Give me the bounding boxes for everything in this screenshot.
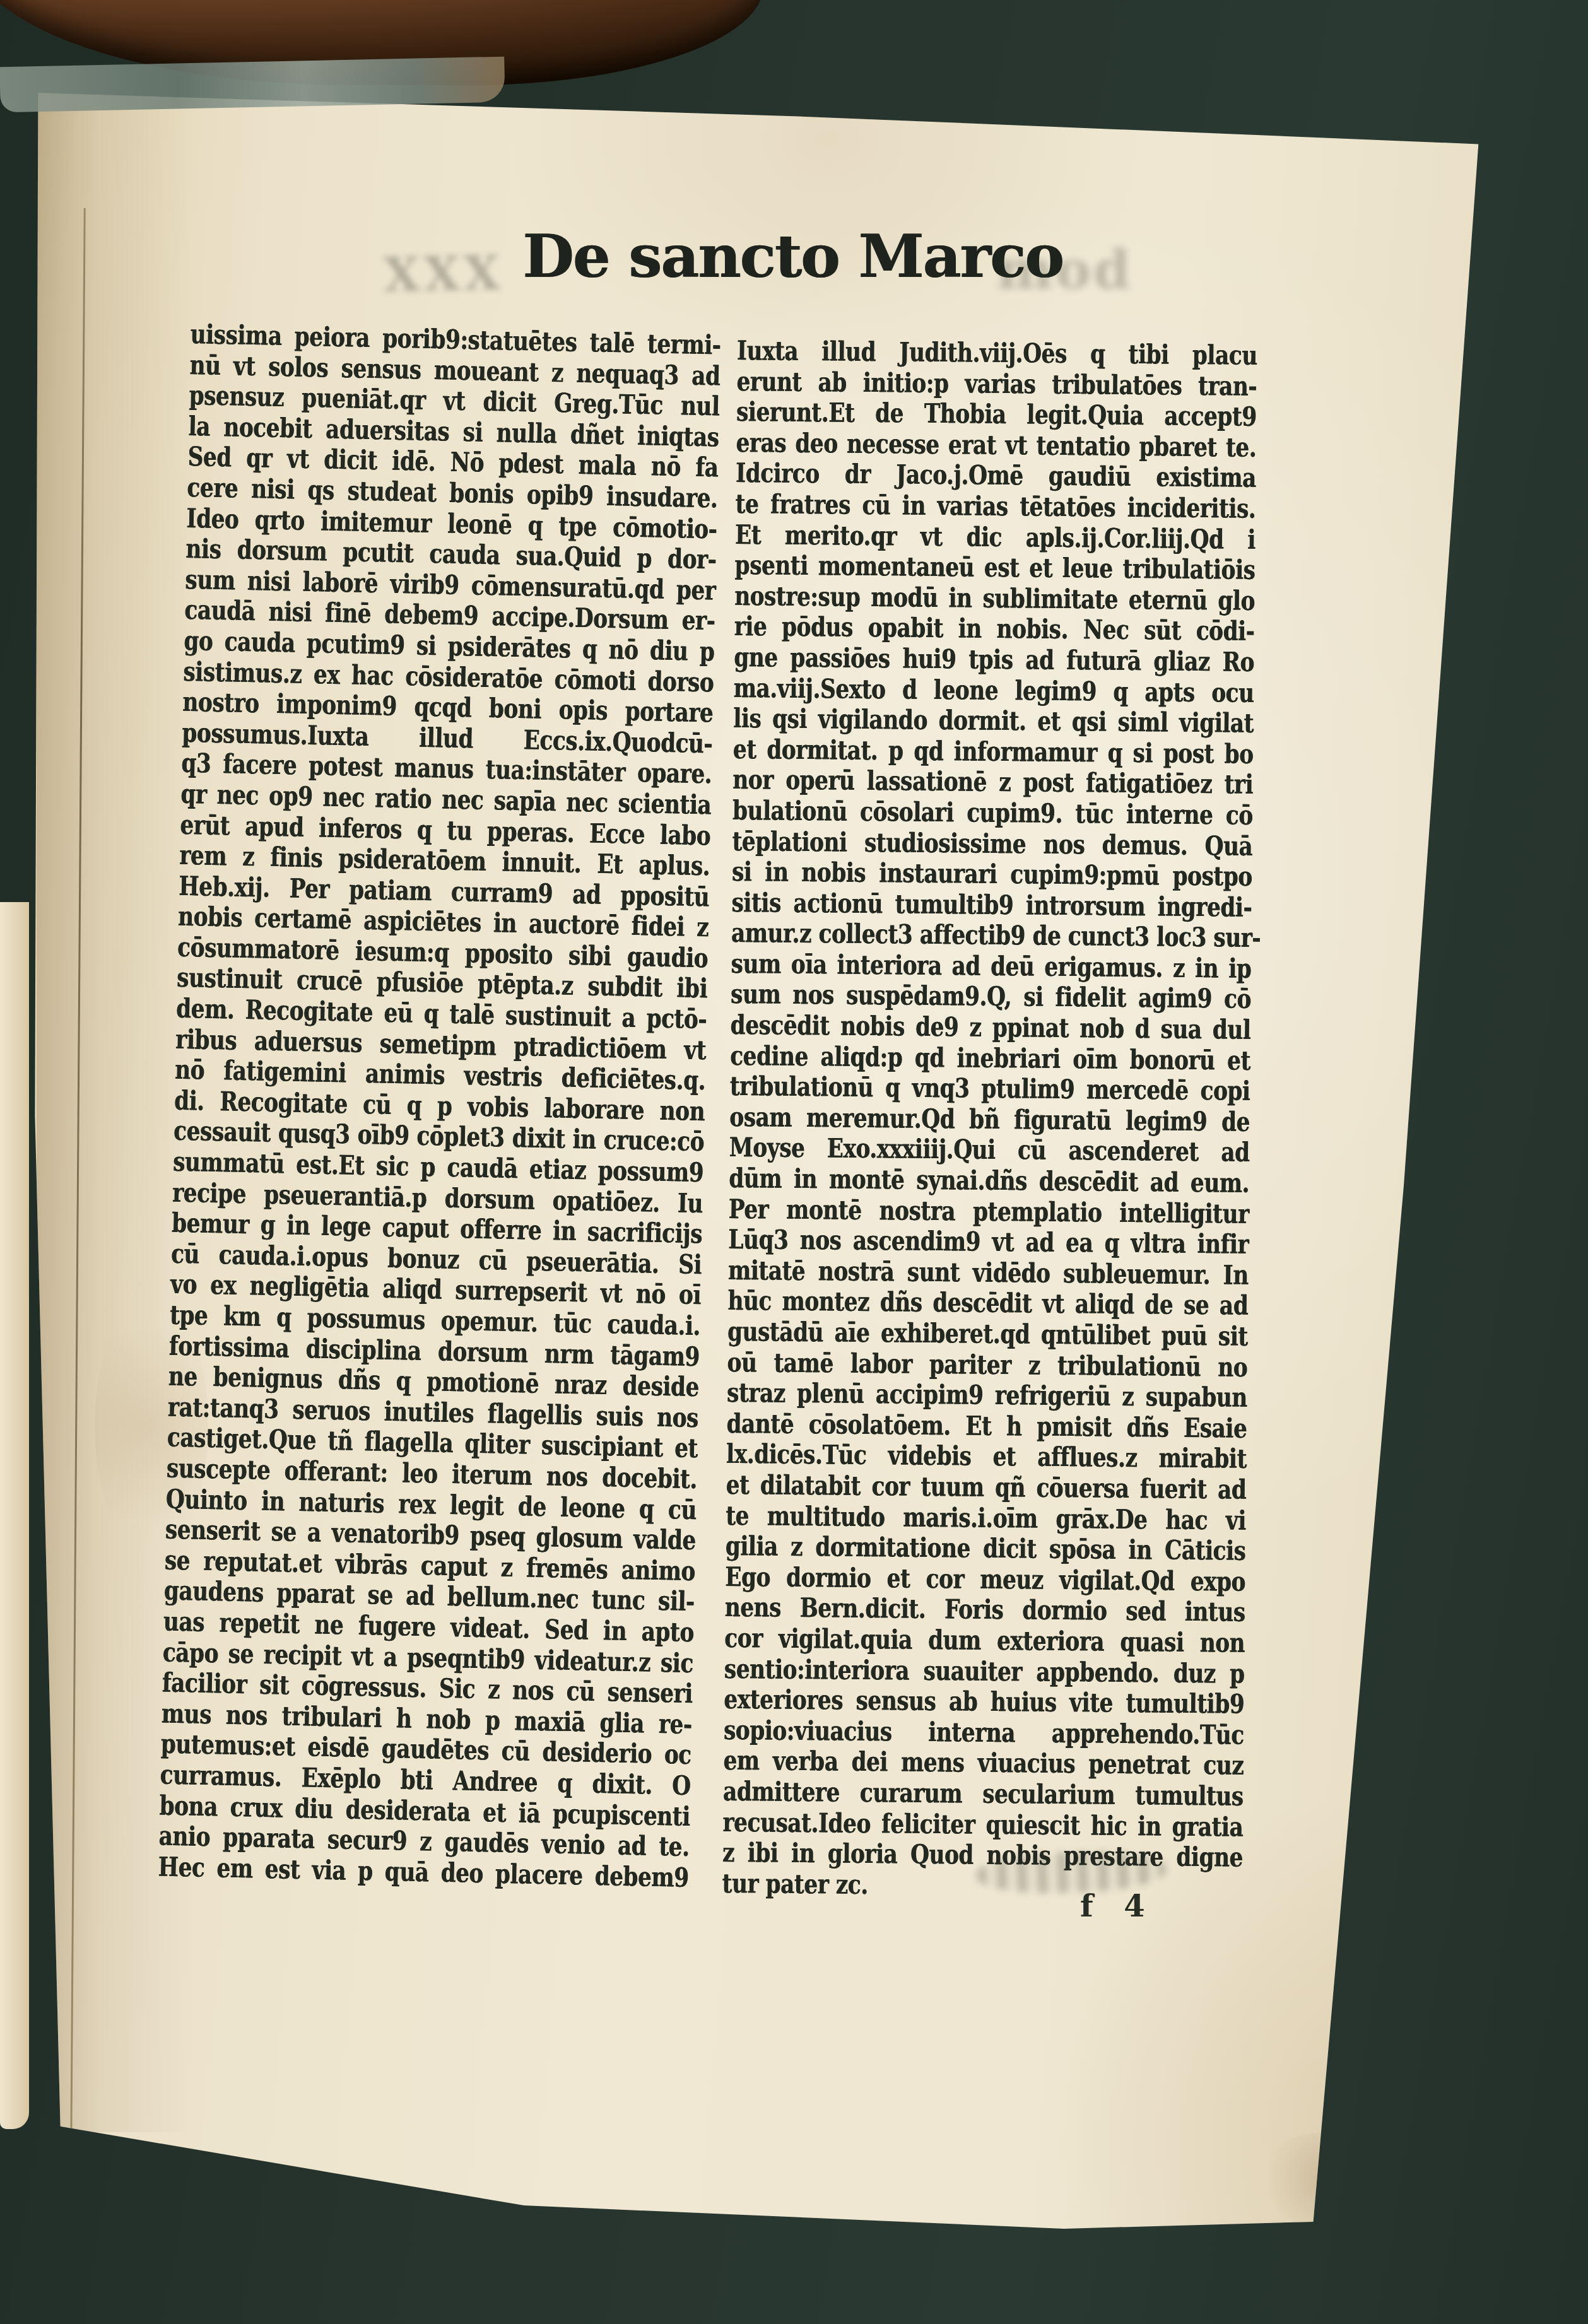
ink-offset-ghost-left: XXX — [383, 246, 504, 302]
ink-offset-ghost-right: mod — [997, 238, 1133, 301]
text-column-right: Iuxta illud Judith.viij.Oēs q tibi placu… — [722, 336, 1375, 1905]
book-page: XXX De sancto Marco mod uissima peiora p… — [0, 0, 1588, 2324]
underlying-page-edge — [0, 902, 29, 2129]
paper-stain — [1256, 2132, 1401, 2227]
paper-stain — [1502, 713, 1577, 782]
photographed-book-spread: { "page": { "colors": { "background": "#… — [0, 0, 1588, 2324]
page-title: De sancto Marco — [522, 222, 1063, 291]
signature-mark: f 4 — [1080, 1889, 1155, 1924]
marbled-book-edge — [0, 57, 505, 113]
